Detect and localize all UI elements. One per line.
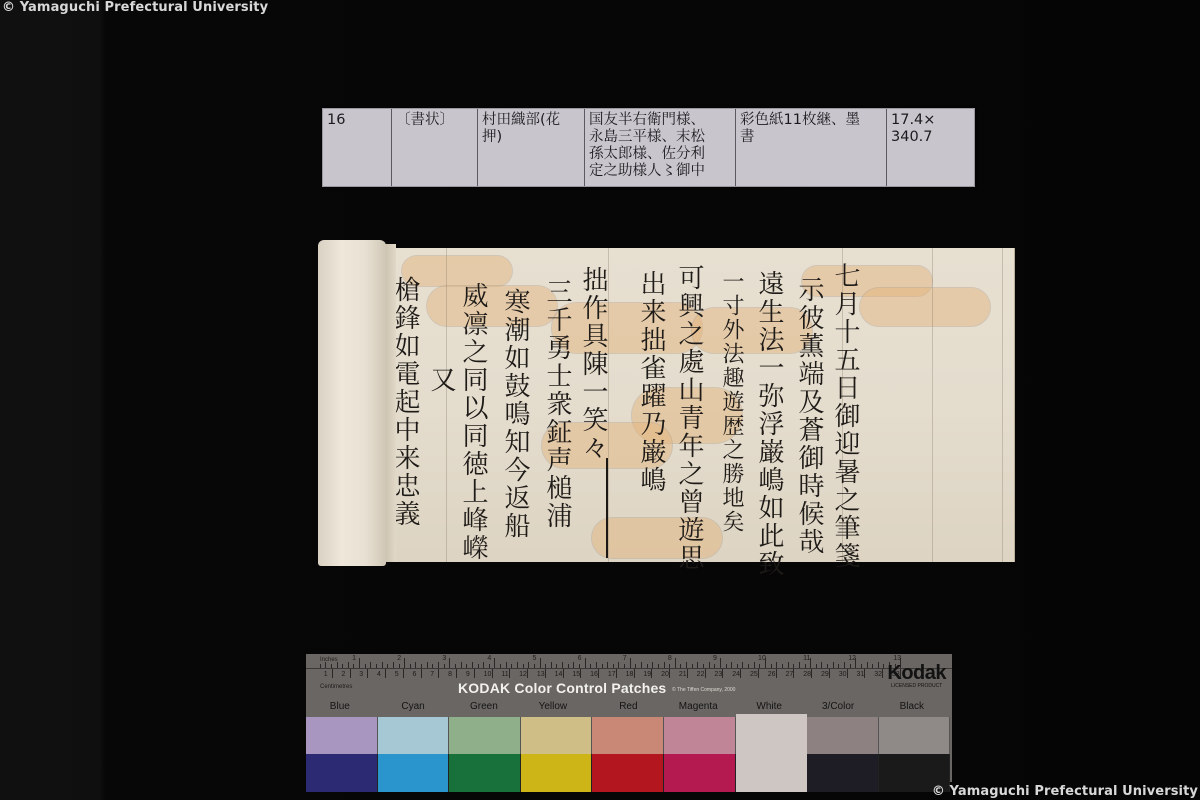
- patch-light-red: [592, 717, 664, 754]
- patch-dark-yellow: [521, 754, 593, 792]
- patch-dark-cyan: [378, 754, 450, 792]
- ruler-minor-tick: [788, 662, 789, 668]
- ruler-minor-tick: [511, 664, 512, 668]
- ruler-minor-tick: [337, 662, 338, 668]
- ruler-cm-label: 27: [785, 671, 793, 678]
- ruler-minor-tick: [838, 664, 839, 668]
- ruler-minor-tick: [432, 664, 433, 668]
- patch-dark-magenta: [664, 754, 736, 792]
- ruler-minor-tick: [489, 664, 490, 668]
- ink-rule-line: [606, 458, 608, 558]
- ruler-cm-tick: [705, 669, 706, 678]
- ruler-minor-tick: [664, 662, 665, 668]
- paper-seam: [932, 248, 933, 562]
- copyright-watermark-bottom: © Yamaguchi Prefectural University: [932, 784, 1198, 799]
- paper-seam: [1002, 248, 1003, 562]
- ruler-minor-tick: [382, 662, 383, 668]
- patch-white: [736, 714, 808, 792]
- scroll-text-column: 威凛之同以同徳上峰嶸: [458, 282, 488, 562]
- ruler-minor-tick: [771, 664, 772, 668]
- ruler-cm-tick: [580, 669, 581, 678]
- ruler-minor-tick: [478, 664, 479, 668]
- ruler-cm-label: 11: [501, 671, 508, 678]
- ruler-cm-label: 29: [821, 671, 829, 678]
- patch-label-green: Green: [470, 701, 498, 712]
- ruler-minor-tick: [658, 664, 659, 668]
- scroll-text-column: 三千勇士衆鉦声槌浦: [542, 278, 572, 530]
- ruler-inch-label: 4: [487, 655, 491, 662]
- patch-dark-red: [592, 754, 664, 792]
- ruler-inch-label: 7: [623, 655, 627, 662]
- ruler-minor-tick: [709, 662, 710, 668]
- ruler-cm-label: 21: [679, 671, 687, 678]
- ruler-cm-tick: [793, 669, 794, 678]
- ruler-inch-tick: [494, 658, 495, 668]
- ruler-inch-label: 9: [713, 655, 717, 662]
- ruler-cm-tick: [545, 669, 546, 678]
- ruler-minor-tick: [568, 664, 569, 668]
- ruler-cm-label: 6: [413, 671, 417, 678]
- patch-label-yellow: Yellow: [539, 701, 568, 712]
- patch-dark-3color: [807, 754, 879, 792]
- ruler-inch-tick: [359, 658, 360, 668]
- decorative-cloud: [860, 288, 990, 326]
- ruler-cm-label: 4: [377, 671, 381, 678]
- ruler-minor-tick: [867, 662, 868, 668]
- ruler-minor-tick: [821, 662, 822, 668]
- handscroll-document: 七月十五日御迎暑之筆箋 示彼薫端及蒼御時候哉 遠生法一弥浮巌嶋如此致 一寸外法趣…: [318, 240, 1018, 566]
- ruler-cm-label: 12: [519, 671, 527, 678]
- ruler-minor-tick: [816, 664, 817, 668]
- ruler-minor-tick: [726, 664, 727, 668]
- ruler-cm-label: 2: [342, 671, 346, 678]
- ruler-minor-tick: [342, 664, 343, 668]
- ruler-minor-tick: [438, 662, 439, 668]
- ruler-minor-tick: [370, 662, 371, 668]
- ruler-cm-tick: [438, 669, 439, 678]
- ruler-minor-tick: [353, 664, 354, 668]
- ruler-cm-tick: [332, 669, 333, 678]
- patch-light-cyan: [378, 717, 450, 754]
- ruler-inch-label: 8: [668, 655, 672, 662]
- patch-dark-blue: [306, 754, 378, 792]
- ruler-cm-tick: [509, 669, 510, 678]
- ruler-minor-tick: [399, 664, 400, 668]
- ruler-minor-tick: [365, 664, 366, 668]
- ruler-cm-tick: [740, 669, 741, 678]
- ruler-minor-tick: [714, 664, 715, 668]
- ruler-minor-tick: [534, 664, 535, 668]
- ruler-cm-tick: [527, 669, 528, 678]
- scroll-text-column: 遠生法一弥浮巌嶋如此致: [754, 270, 784, 578]
- ruler-minor-tick: [641, 662, 642, 668]
- ruler-minor-tick: [556, 664, 557, 668]
- ruler-minor-tick: [427, 662, 428, 668]
- ruler-cm-tick: [385, 669, 386, 678]
- ruler-cm-tick: [722, 669, 723, 678]
- patch-label-red: Red: [619, 701, 637, 712]
- ruler-cm-label: 28: [803, 671, 811, 678]
- ruler-minor-tick: [573, 662, 574, 668]
- ruler-cm-tick: [882, 669, 883, 678]
- ruler-minor-tick: [697, 662, 698, 668]
- ruler-inch-tick: [540, 658, 541, 668]
- ruler-cm-tick: [474, 669, 475, 678]
- ruler-cm-label: 23: [714, 671, 722, 678]
- ruler-minor-tick: [551, 662, 552, 668]
- ruler-inch-tick: [720, 658, 721, 668]
- ruler-cm-label: 16: [590, 671, 598, 678]
- ruler-inches-label: Inches: [320, 657, 338, 663]
- ruler-minor-tick: [523, 664, 524, 668]
- ruler-cm-tick: [350, 669, 351, 678]
- chart-title: KODAK Color Control Patches: [458, 680, 666, 696]
- ruler-cm-tick: [811, 669, 812, 678]
- ruler-minor-tick: [596, 662, 597, 668]
- ruler-minor-tick: [748, 664, 749, 668]
- ruler-minor-tick: [618, 662, 619, 668]
- ruler-minor-tick: [410, 664, 411, 668]
- ruler-cm-label: 15: [572, 671, 580, 678]
- scroll-text-column: 示彼薫端及蒼御時候哉: [794, 276, 824, 556]
- scroll-paper: 七月十五日御迎暑之筆箋 示彼薫端及蒼御時候哉 遠生法一弥浮巌嶋如此致 一寸外法趣…: [382, 248, 1015, 562]
- ruler-inch-tick: [404, 658, 405, 668]
- ruler-minor-tick: [799, 662, 800, 668]
- ruler-cm-tick: [864, 669, 865, 678]
- ruler-inch-tick: [675, 658, 676, 668]
- ruler-minor-tick: [669, 664, 670, 668]
- ruler-inch-label: 10: [758, 655, 766, 662]
- ruler-minor-tick: [444, 664, 445, 668]
- ruler-minor-tick: [686, 662, 687, 668]
- ruler-inch-tick: [585, 658, 586, 668]
- ruler-minor-tick: [635, 664, 636, 668]
- ruler-minor-tick: [415, 662, 416, 668]
- ruler-minor-tick: [376, 664, 377, 668]
- ruler-minor-tick: [782, 664, 783, 668]
- patch-label-magenta: Magenta: [679, 701, 718, 712]
- ruler-cm-label: 14: [555, 671, 563, 678]
- ruler-minor-tick: [793, 664, 794, 668]
- ruler-inch-label: 12: [848, 655, 856, 662]
- ruler-cm-label: 19: [643, 671, 651, 678]
- ruler-minor-tick: [680, 664, 681, 668]
- ruler-minor-tick: [827, 664, 828, 668]
- ruler-minor-tick: [320, 664, 321, 668]
- catalog-recipients: 国友半右衛門様、 永島三平様、末松 孫太郎様、佐分利 定之助様人〻御中: [585, 109, 736, 186]
- scroll-text-column: 拙作具陳一笑々: [578, 266, 608, 462]
- ruler-cm-tick: [829, 669, 830, 678]
- ruler-inch-label: 1: [352, 655, 356, 662]
- ruler-cm-tick: [403, 669, 404, 678]
- patch-light-magenta: [664, 717, 736, 754]
- ruler-minor-tick: [517, 662, 518, 668]
- ruler-cm-label: 24: [732, 671, 740, 678]
- patch-label-cyan: Cyan: [401, 701, 424, 712]
- ruler-inch-label: 5: [533, 655, 537, 662]
- patch-dark-green: [449, 754, 521, 792]
- ruler-inch-tick: [630, 658, 631, 668]
- patch-light-blue: [306, 717, 378, 754]
- ruler-minor-tick: [483, 662, 484, 668]
- ruler-inch-label: 6: [578, 655, 582, 662]
- ruler-minor-tick: [647, 664, 648, 668]
- ruler-minor-tick: [776, 662, 777, 668]
- ruler-cm-label: 1: [324, 671, 328, 678]
- ruler-minor-tick: [878, 662, 879, 668]
- ruler-cm-label: 26: [768, 671, 776, 678]
- scroll-text-column: 出来拙雀躍乃巌嶋: [636, 270, 666, 494]
- ruler-cm-label: 25: [750, 671, 758, 678]
- ruler-inch-label: 11: [803, 655, 810, 662]
- ruler-cm-tick: [598, 669, 599, 678]
- catalog-document-type: 〔書状〕: [392, 109, 478, 186]
- ruler-minor-tick: [754, 662, 755, 668]
- scroll-text-column: 寒潮如鼓鳴知今返船: [500, 288, 530, 540]
- ruler-cm-tick: [758, 669, 759, 678]
- ruler-cm-tick: [634, 669, 635, 678]
- kodak-logo: Kodak LICENSED PRODUCT: [887, 663, 946, 689]
- kodak-brand: Kodak: [887, 663, 946, 683]
- ruler-minor-tick: [883, 664, 884, 668]
- patch-label-black: Black: [900, 701, 924, 712]
- patch-light-green: [449, 717, 521, 754]
- ruler-minor-tick: [528, 662, 529, 668]
- ruler-minor-tick: [759, 664, 760, 668]
- scroll-text-column: 一寸外法趣遊歴之勝地矣: [716, 270, 746, 534]
- catalog-number: 16: [323, 109, 392, 186]
- patch-light-yellow: [521, 717, 593, 754]
- ruler-minor-tick: [421, 664, 422, 668]
- ruler-minor-tick: [602, 664, 603, 668]
- ruler-minor-tick: [624, 664, 625, 668]
- ruler-cm-label: 17: [608, 671, 616, 678]
- ruler-cm-label: 10: [484, 671, 492, 678]
- ruler-cm-label: 31: [856, 671, 864, 678]
- ruler-minor-tick: [607, 662, 608, 668]
- ruler-cm-label: 30: [839, 671, 847, 678]
- ruler-minor-tick: [590, 664, 591, 668]
- ruler-minor-tick: [466, 664, 467, 668]
- ruler-cm-label: 9: [466, 671, 470, 678]
- patch-label-blue: Blue: [330, 701, 350, 712]
- patch-light-black: [879, 717, 951, 754]
- ruler-inch-label: 13: [893, 655, 901, 662]
- ruler-cm-tick: [669, 669, 670, 678]
- ruler-minor-tick: [731, 662, 732, 668]
- ruler-minor-tick: [850, 664, 851, 668]
- patch-label-white: White: [756, 701, 782, 712]
- ruler-minor-tick: [500, 664, 501, 668]
- ruler-minor-tick: [737, 664, 738, 668]
- ruler-minor-tick: [331, 664, 332, 668]
- scroll-text-column: 又: [426, 366, 456, 394]
- catalog-label-table: 16 〔書状〕 村田織部(花 押) 国友半右衛門様、 永島三平様、末松 孫太郎様…: [322, 108, 975, 187]
- ruler-minor-tick: [348, 662, 349, 668]
- catalog-sender: 村田織部(花 押): [478, 109, 585, 186]
- ruler-cm-tick: [492, 669, 493, 678]
- ruler-minor-tick: [872, 664, 873, 668]
- ruler-cm-tick: [847, 669, 848, 678]
- ruler-cm-label: 7: [430, 671, 434, 678]
- chart-copyright: © The Tiffen Company, 2000: [672, 687, 735, 693]
- copyright-watermark-top: © Yamaguchi Prefectural University: [2, 0, 268, 15]
- ruler-minor-tick: [579, 664, 580, 668]
- ruler-minor-tick: [545, 664, 546, 668]
- ruler-cm-label: 20: [661, 671, 669, 678]
- ruler-cm-label: 13: [537, 671, 545, 678]
- paper-seam: [608, 248, 609, 562]
- catalog-dimensions: 17.4× 340.7: [887, 109, 974, 186]
- ruler-cm-label: 8: [448, 671, 452, 678]
- ruler-cm-tick: [421, 669, 422, 678]
- ruler-cm-label: 5: [395, 671, 399, 678]
- ruler-cm-label: 18: [626, 671, 634, 678]
- kodak-license: LICENSED PRODUCT: [887, 683, 946, 689]
- scroll-text-column: 可興之處山青年之曾遊思: [674, 264, 704, 572]
- ruler-cm-label: 22: [697, 671, 705, 678]
- ruler-cm-tick: [616, 669, 617, 678]
- scroll-roll: [318, 240, 386, 566]
- ruler-minor-tick: [844, 662, 845, 668]
- ruler-cm-tick: [651, 669, 652, 678]
- ruler-cm-tick: [367, 669, 368, 678]
- patch-light-3color: [807, 717, 879, 754]
- kodak-color-chart: Inches Centimetres 123456789101112131234…: [306, 654, 952, 782]
- ruler-cm-tick: [776, 669, 777, 678]
- catalog-material: 彩色紙11枚継、墨 書: [736, 109, 887, 186]
- ruler-minor-tick: [652, 662, 653, 668]
- ruler-minor-tick: [613, 664, 614, 668]
- ruler-minor-tick: [387, 664, 388, 668]
- ruler-minor-tick: [461, 662, 462, 668]
- ruler-minor-tick: [506, 662, 507, 668]
- ruler-cm-label: 3: [359, 671, 363, 678]
- ruler-minor-tick: [562, 662, 563, 668]
- ruler-minor-tick: [455, 664, 456, 668]
- ruler-cm-tick: [687, 669, 688, 678]
- paper-seam: [446, 248, 447, 562]
- patch-label-3color: 3/Color: [822, 701, 854, 712]
- ruler-minor-tick: [861, 664, 862, 668]
- scroll-text-column: 七月十五日御迎暑之筆箋: [830, 262, 860, 570]
- ruler-cm-tick: [563, 669, 564, 678]
- ruler-minor-tick: [692, 664, 693, 668]
- ruler-cm-tick: [456, 669, 457, 678]
- ruler-minor-tick: [325, 662, 326, 668]
- ruler-minor-tick: [393, 662, 394, 668]
- ruler-minor-tick: [833, 662, 834, 668]
- ruler-minor-tick: [742, 662, 743, 668]
- ruler-cm-label: 32: [874, 671, 882, 678]
- ruler-minor-tick: [805, 664, 806, 668]
- ruler-minor-tick: [472, 662, 473, 668]
- ruler-inch-label: 3: [442, 655, 446, 662]
- ruler-inch-tick: [449, 658, 450, 668]
- ruler-centimetres-label: Centimetres: [320, 684, 352, 690]
- ruler-inch-label: 2: [397, 655, 401, 662]
- ruler-minor-tick: [703, 664, 704, 668]
